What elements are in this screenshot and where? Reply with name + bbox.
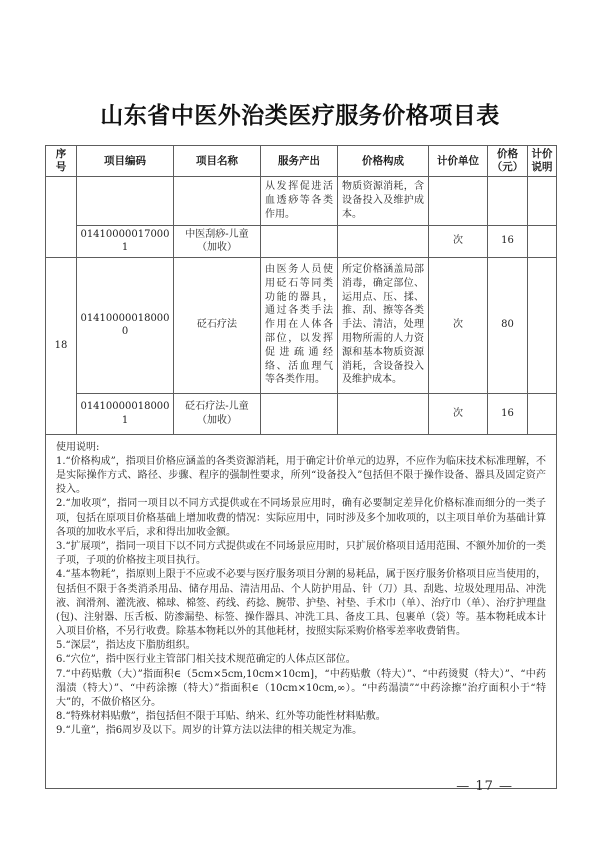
- cell-note: [528, 393, 557, 434]
- table-row: 014100000180001 砭石疗法-儿童（加收） 次 16: [46, 393, 557, 434]
- cell-price: 16: [488, 393, 528, 434]
- cell-unit: [429, 177, 488, 225]
- note-item: 2.“加收项”，指同一项目以不同方式提供或在不同场景应用时，确有必要制定差异化价…: [56, 497, 546, 540]
- cell-name: 中医刮痧-儿童（加收）: [174, 225, 261, 257]
- cell-code: 014100000180000: [77, 257, 174, 393]
- col-header-code: 项目编码: [77, 146, 174, 177]
- cell-unit: 次: [429, 225, 488, 257]
- cell-output: 由医务人员使用砭石等同类功能的器具，通过各类手法作用在人体各部位，以发挥促进疏通…: [261, 257, 338, 393]
- note-item: 5.“深层”，指达皮下脂肪组织。: [56, 639, 546, 653]
- note-item: 1.“价格构成”，指项目价格应涵盖的各类资源消耗，用于确定计价单元的边界，不应作…: [56, 455, 546, 498]
- cell-output: [261, 393, 338, 434]
- cell-seq: 18: [46, 257, 77, 434]
- table-row: 014100000170001 中医刮痧-儿童（加收） 次 16: [46, 225, 557, 257]
- cell-composition: [338, 225, 429, 257]
- cell-seq: [46, 177, 77, 257]
- col-header-unit: 计价单位: [429, 146, 488, 177]
- cell-price: 80: [488, 257, 528, 393]
- note-item: 4.“基本物耗”，指原则上限于不应或不必要与医疗服务项目分割的易耗品，属于医疗服…: [56, 568, 546, 639]
- notes-heading: 使用说明:: [56, 441, 546, 455]
- cell-composition: [338, 393, 429, 434]
- cell-name: [174, 177, 261, 225]
- table-row: 从发挥促进活血透痧等各类作用。 物质资源消耗，含设备投入及维护成本。: [46, 177, 557, 225]
- cell-name: 砭石疗法: [174, 257, 261, 393]
- col-header-composition: 价格构成: [338, 146, 429, 177]
- note-item: 9.“儿童”，指6周岁及以下。周岁的计算方法以法律的相关规定为准。: [56, 724, 546, 738]
- note-item: 8.“特殊材料贴敷”，指包括但不限于耳贴、纳米、红外等功能性材料贴敷。: [56, 710, 546, 724]
- col-header-note: 计价 说明: [528, 146, 557, 177]
- notes-section: 使用说明: 1.“价格构成”，指项目价格应涵盖的各类资源消耗，用于确定计价单元的…: [46, 434, 557, 788]
- page-title: 山东省中医外治类医疗服务价格项目表: [0, 97, 600, 130]
- note-item: 6.“穴位”，指中医行业主管部门相关技术规范确定的人体点区部位。: [56, 653, 546, 667]
- cell-code: 014100000170001: [77, 225, 174, 257]
- cell-code: [77, 177, 174, 225]
- header-row: 序 号 项目编码 项目名称 服务产出 价格构成 计价单位 价格 （元） 计价 说…: [46, 146, 557, 177]
- cell-price: [488, 177, 528, 225]
- cell-name: 砭石疗法-儿童（加收）: [174, 393, 261, 434]
- page-number: — 17 —: [456, 779, 513, 794]
- cell-note: [528, 257, 557, 393]
- price-table: 序 号 项目编码 项目名称 服务产出 价格构成 计价单位 价格 （元） 计价 说…: [45, 145, 557, 789]
- cell-output: [261, 225, 338, 257]
- cell-code: 014100000180001: [77, 393, 174, 434]
- col-header-output: 服务产出: [261, 146, 338, 177]
- note-item: 7.“中药贴敷（大）”指面积∈（5cm×5cm,10cm×10cm]，“中药贴敷…: [56, 668, 546, 711]
- col-header-price: 价格 （元）: [488, 146, 528, 177]
- cell-note: [528, 225, 557, 257]
- col-header-seq: 序 号: [46, 146, 77, 177]
- cell-unit: 次: [429, 393, 488, 434]
- cell-note: [528, 177, 557, 225]
- note-item: 3.“扩展项”，指同一项目下以不同方式提供或在不同场景应用时，只扩展价格项目适用…: [56, 540, 546, 568]
- col-header-name: 项目名称: [174, 146, 261, 177]
- cell-unit: 次: [429, 257, 488, 393]
- cell-composition: 所定价格涵盖局部消毒，确定部位、运用点、压、揉、推、刮、擦等各类手法、清洁，处理…: [338, 257, 429, 393]
- cell-output: 从发挥促进活血透痧等各类作用。: [261, 177, 338, 225]
- table-row: 18 014100000180000 砭石疗法 由医务人员使用砭石等同类功能的器…: [46, 257, 557, 393]
- notes-row: 使用说明: 1.“价格构成”，指项目价格应涵盖的各类资源消耗，用于确定计价单元的…: [46, 434, 557, 788]
- cell-price: 16: [488, 225, 528, 257]
- cell-composition: 物质资源消耗，含设备投入及维护成本。: [338, 177, 429, 225]
